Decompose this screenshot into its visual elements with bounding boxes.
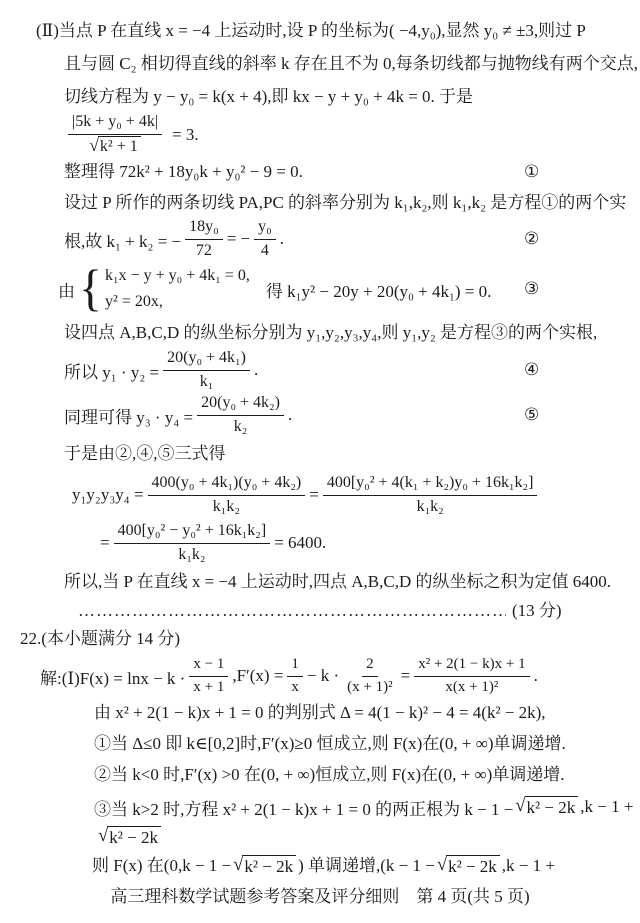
period: .	[280, 229, 284, 249]
period: .	[254, 360, 258, 380]
equation-4-line: 所以 y₁ · y₂ = 20(y₀ + 4k₁) k₁ . ④	[0, 348, 640, 392]
fraction-denominator: x(x + 1)²	[441, 677, 502, 698]
fraction-denominator: k₂	[230, 416, 252, 438]
text: y₁y₂y₃y₄ =	[72, 485, 144, 505]
equation-number-2: ②	[524, 229, 539, 249]
text: − k ·	[307, 666, 339, 686]
fraction-denominator: x + 1	[189, 677, 228, 698]
equation-number-3: ③	[524, 279, 539, 299]
part2-intro-line1: (Ⅱ)当点 P 在直线 x = −4 上运动时,设 P 的坐标为( −4,y₀)…	[0, 14, 640, 47]
equation-5-line: 同理可得 y₃ · y₄ = 20(y₀ + 4k₂) k₂ . ⑤	[0, 392, 640, 438]
fraction-denominator: (x + 1)²	[343, 677, 396, 698]
slopes-setup-line: 设过 P 所作的两条切线 PA,PC 的斜率分别为 k₁,k₂,则 k₁,k₂ …	[0, 187, 640, 218]
equation-2-line: 根,故 k₁ + k₂ = − 18y₀ 72 = − y₀ 4 . ②	[0, 218, 640, 260]
system-equation-1: k₁x − y + y₀ + 4k₁ = 0,	[105, 263, 250, 289]
fraction-numerator: 20(y₀ + 4k₁)	[163, 348, 250, 371]
fraction-product-2: 400[y₀² + 4(k₁ + k₂)y₀ + 16k₁k₂] k₁k₂	[323, 473, 538, 518]
fraction-numerator: x² + 2(1 − k)x + 1	[414, 655, 529, 677]
radicand: k² − 2k	[107, 826, 161, 848]
fraction-numerator: x − 1	[189, 655, 228, 677]
equals-sign: =	[100, 533, 110, 553]
text: ,F′(x) =	[232, 666, 283, 686]
period: .	[288, 405, 292, 425]
result-6400: = 6400.	[274, 533, 326, 553]
equation-1-line: 整理得 72k² + 18y₀k + y₀² − 9 = 0. ①	[0, 157, 640, 187]
text: 由 x² + 2(1 − k)x + 1 = 0 的判别式 Δ = 4(1 − …	[94, 703, 546, 722]
text: 所以 y₁ · y₂ =	[64, 358, 159, 383]
monotonicity-line: 则 F(x) 在(0,k − 1 − √ k² − 2k ) 单调递增,(k −…	[0, 850, 640, 882]
text: = −	[227, 229, 250, 249]
equals-sign: =	[401, 666, 411, 686]
fraction-numerator: 2	[362, 655, 378, 677]
radicand: k² − 2k	[525, 796, 579, 818]
text: 同理可得 y₃ · y₄ =	[64, 403, 193, 428]
fraction-denominator: k₁k₂	[174, 544, 209, 566]
fraction-numerator: 400[y₀² − y₀² + 16k₁k₂]	[114, 521, 271, 544]
system-brace: {	[79, 264, 102, 314]
equals-3: = 3.	[172, 125, 199, 145]
text: 整理得 72k² + 18y₀k + y₀² − 9 = 0.	[64, 162, 303, 181]
fraction-y1y2: 20(y₀ + 4k₁) k₁	[163, 348, 250, 393]
text: 得 k₁y² − 20y + 20(y₀ + 4k₁) = 0.	[266, 277, 492, 302]
fraction-2-over-x-plus-1-sq: 2 (x + 1)²	[343, 655, 396, 697]
text: 设四点 A,B,C,D 的纵坐标分别为 y₁,y₂,y₃,y₄,则 y₁,y₂ …	[64, 323, 597, 342]
case-1-line: ①当 Δ≤0 即 k∈[0,2]时,F′(x)≥0 恒成立,则 F(x)在(0,…	[0, 728, 640, 759]
fraction-denominator: k₁k₂	[413, 496, 448, 518]
part2-intro-line2: 且与圆 C₂ 相切得直线的斜率 k 存在且不为 0,每条切线都与抛物线有两个交点…	[0, 47, 640, 80]
text: ②当 k<0 时,F′(x) >0 在(0, + ∞)恒成立,则 F(x)在(0…	[94, 765, 565, 784]
dot-leader: ……………………………………………………………………………………	[78, 598, 506, 624]
conclusion-line: 所以,当 P 在直线 x = −4 上运动时,四点 A,B,C,D 的纵坐标之积…	[0, 566, 640, 598]
text: 所以,当 P 在直线 x = −4 上运动时,四点 A,B,C,D 的纵坐标之积…	[64, 572, 611, 591]
sqrt-expression: √ k² − 2k	[515, 796, 578, 818]
part2-tangent-equation-line: 切线方程为 y − y₀ = k(x + 4),即 kx − y + y₀ + …	[0, 80, 640, 113]
equation-number-1: ①	[524, 157, 539, 187]
fraction-numerator: 20(y₀ + 4k₂)	[197, 393, 284, 416]
text: 根,故 k₁ + k₂ = −	[64, 227, 181, 252]
combine-equations-line: 于是由②,④,⑤三式得	[0, 438, 640, 470]
footer-text: 高三理科数学试题参考答案及评分细则 第 4 页(共 5 页)	[110, 887, 529, 906]
text: 设过 P 所作的两条切线 PA,PC 的斜率分别为 k₁,k₂,则 k₁,k₂ …	[64, 193, 626, 212]
fraction-numerator: 18y₀	[185, 217, 223, 240]
text: 切线方程为 y − y₀ = k(x + 4),即 kx − y + y₀ + …	[64, 87, 473, 106]
case-2-line: ②当 k<0 时,F′(x) >0 在(0, + ∞)恒成立,则 F(x)在(0…	[0, 759, 640, 790]
equation-number-5: ⑤	[524, 405, 539, 425]
text: 且与圆 C₂ 相切得直线的斜率 k 存在且不为 0,每条切线都与抛物线有两个交点…	[64, 54, 638, 73]
product-result-line: = 400[y₀² − y₀² + 16k₁k₂] k₁k₂ = 6400.	[0, 520, 640, 566]
text: ) 单调递增,(k − 1 −	[298, 850, 435, 882]
fraction-denominator: 4	[257, 240, 273, 262]
score-dotted-line: …………………………………………………………………………………… (13 分)	[0, 598, 640, 624]
fraction-derivative-result: x² + 2(1 − k)x + 1 x(x + 1)²	[414, 655, 529, 697]
sqrt-expression: √ k² + 1	[89, 136, 140, 156]
sqrt-expression: √ k² − 2k	[98, 826, 161, 848]
sqrt-expression: √ k² − 2k	[233, 855, 296, 877]
text: ,k − 1 +	[580, 797, 633, 817]
equation-number-4: ④	[524, 360, 539, 380]
text: 于是由②,④,⑤三式得	[64, 444, 226, 463]
fraction-1-over-x: 1 x	[287, 655, 303, 697]
fraction-numerator: 400(y₀ + 4k₁)(y₀ + 4k₂)	[148, 473, 306, 496]
text: ③当 k>2 时,方程 x² + 2(1 − k)x + 1 = 0 的两正根为…	[94, 795, 513, 820]
score-13-points: (13 分)	[512, 598, 562, 624]
four-points-line: 设四点 A,B,C,D 的纵坐标分别为 y₁,y₂,y₃,y₄,则 y₁,y₂ …	[0, 318, 640, 348]
fraction-denominator: √ k² + 1	[83, 135, 146, 158]
fraction-denominator: x	[287, 677, 303, 698]
fraction-numerator: |5k + y₀ + 4k|	[68, 112, 162, 135]
equation-system: k₁x − y + y₀ + 4k₁ = 0, y² = 20x,	[105, 263, 250, 315]
fraction-x-minus-1: x − 1 x + 1	[189, 655, 228, 697]
case-3-continued-line: √ k² − 2k	[0, 824, 640, 850]
fraction-y0-4: y₀ 4	[254, 217, 276, 262]
q22-solution-line: 解:(Ⅰ)F(x) = lnx − k · x − 1 x + 1 ,F′(x)…	[0, 654, 640, 698]
fraction-denominator: k₁k₂	[209, 496, 244, 518]
fraction-product-1: 400(y₀ + 4k₁)(y₀ + 4k₂) k₁k₂	[148, 473, 306, 518]
page-footer: 高三理科数学试题参考答案及评分细则 第 4 页(共 5 页)	[0, 882, 640, 912]
discriminant-line: 由 x² + 2(1 − k)x + 1 = 0 的判别式 Δ = 4(1 − …	[0, 698, 640, 728]
fraction-denominator: 72	[192, 240, 216, 262]
product-expansion-line: y₁y₂y₃y₄ = 400(y₀ + 4k₁)(y₀ + 4k₂) k₁k₂ …	[0, 470, 640, 520]
radicand: k² − 2k	[242, 855, 296, 877]
text: 解:(Ⅰ)F(x) = lnx − k ·	[40, 664, 185, 689]
fraction-numerator: 1	[287, 655, 303, 677]
question-22-heading: 22.(本小题满分 14 分)	[0, 624, 640, 654]
text: 则 F(x) 在(0,k − 1 −	[92, 850, 231, 882]
radicand: k² − 2k	[446, 855, 500, 877]
equation-3-system-line: 由 { k₁x − y + y₀ + 4k₁ = 0, y² = 20x, 得 …	[0, 260, 640, 318]
fraction-denominator: k₁	[196, 371, 218, 393]
text: 由	[58, 277, 75, 302]
text: ,k − 1 +	[502, 850, 555, 882]
fraction-simplified: 400[y₀² − y₀² + 16k₁k₂] k₁k₂	[114, 521, 271, 566]
system-equation-2: y² = 20x,	[105, 289, 250, 315]
fraction-numerator: 400[y₀² + 4(k₁ + k₂)y₀ + 16k₁k₂]	[323, 473, 538, 496]
equals-sign: =	[309, 485, 319, 505]
fraction-numerator: y₀	[254, 217, 276, 240]
distance-formula-line: |5k + y₀ + 4k| √ k² + 1 = 3.	[0, 113, 640, 157]
exam-answer-page: (Ⅱ)当点 P 在直线 x = −4 上运动时,设 P 的坐标为( −4,y₀)…	[0, 0, 640, 923]
text: ①当 Δ≤0 即 k∈[0,2]时,F′(x)≥0 恒成立,则 F(x)在(0,…	[94, 734, 566, 753]
text: (Ⅱ)当点 P 在直线 x = −4 上运动时,设 P 的坐标为( −4,y₀)…	[36, 21, 586, 40]
period: .	[534, 666, 538, 686]
sqrt-expression: √ k² − 2k	[437, 855, 500, 877]
case-3-line: ③当 k>2 时,方程 x² + 2(1 − k)x + 1 = 0 的两正根为…	[0, 790, 640, 824]
fraction-y3y4: 20(y₀ + 4k₂) k₂	[197, 393, 284, 438]
fraction-18y0-72: 18y₀ 72	[185, 217, 223, 262]
radicand: k² + 1	[98, 136, 141, 156]
distance-fraction: |5k + y₀ + 4k| √ k² + 1	[68, 112, 162, 158]
text: 22.(本小题满分 14 分)	[20, 629, 180, 648]
